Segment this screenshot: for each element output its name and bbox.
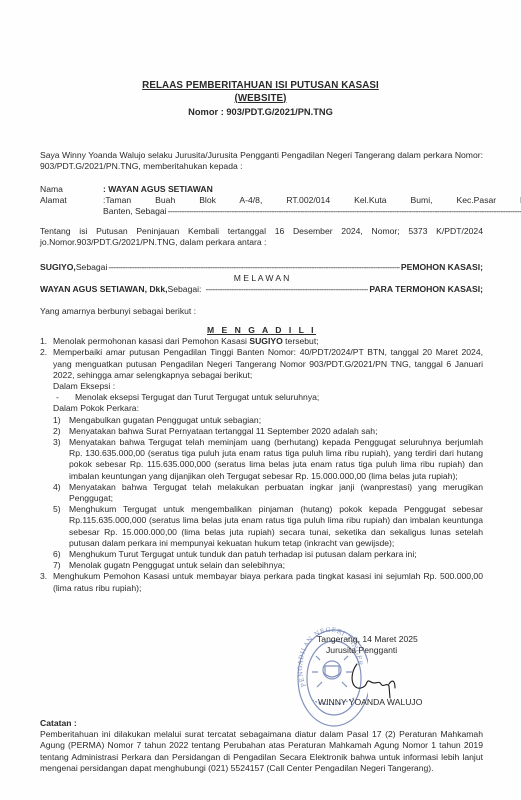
recipient-block: Nama : WAYAN AGUS SETIAWAN Alamat :Taman… bbox=[40, 184, 483, 218]
party-2-role: PARA TERMOHON KASASI; bbox=[369, 284, 483, 295]
amar-intro: Yang amarnya berbunyi sebagai berikut : bbox=[40, 306, 483, 317]
party-1: SUGIYO,Sebagai bbox=[40, 262, 107, 273]
pokok-perkara-list: 1)Mengabulkan gugatan Penggugat untuk se… bbox=[53, 415, 483, 572]
pokok-perkara-item: 7)Menolak gugatn Penggugat untuk selain … bbox=[53, 560, 483, 571]
signature-role: Jurusita Pengganti bbox=[310, 645, 460, 656]
catatan-text: Pemberitahuan ini dilakukan melalui sura… bbox=[40, 729, 483, 774]
party-2-name: WAYAN AGUS SETIAWAN, Dkk, bbox=[40, 284, 168, 294]
about-paragraph: Tentang isi Putusan Peninjauan Kembali t… bbox=[40, 226, 483, 248]
intro-paragraph: Saya Winny Yoanda Walujo selaku Jurusita… bbox=[40, 150, 483, 172]
party-name-sugiyo: SUGIYO bbox=[249, 336, 282, 346]
mengadili-heading: M E N G A D I L I bbox=[40, 325, 483, 336]
verdict-item-2: 2. Memperbaiki amar putusan Pengadilan T… bbox=[40, 347, 483, 571]
pokok-perkara-item: 1)Mengabulkan gugatan Penggugat untuk se… bbox=[53, 415, 483, 426]
party-2-row: WAYAN AGUS SETIAWAN, Dkk,Sebagai: PARA T… bbox=[40, 284, 483, 295]
eksepsi-item: -Menolak eksepsi Tergugat dan Turut Terg… bbox=[53, 392, 483, 403]
address-line-2-prefix: Banten, Sebagai bbox=[103, 206, 167, 217]
signature-place-date: Tangerang, 14 Maret 2025 bbox=[310, 634, 460, 645]
name-label: Nama bbox=[40, 184, 103, 195]
title-block: RELAAS PEMBERITAHUAN ISI PUTUSAN KASASI … bbox=[0, 80, 521, 119]
dash-leader bbox=[168, 206, 521, 217]
pokok-perkara-item: 4)Menyatakan bahwa Tergugat telah melaku… bbox=[53, 482, 483, 504]
versus-label: M E L A W A N bbox=[40, 273, 483, 284]
mengadili-section: M E N G A D I L I 1. Menolak permohonan … bbox=[40, 325, 483, 594]
pokok-perkara-item: 3)Menyatakan bahwa Tergugat telah meminj… bbox=[53, 437, 483, 482]
document-title: RELAAS PEMBERITAHUAN ISI PUTUSAN KASASI bbox=[0, 80, 521, 93]
address-line-2: Banten, Sebagai TERMOHON KASASI; bbox=[103, 206, 521, 217]
eksepsi-list: -Menolak eksepsi Tergugat dan Turut Terg… bbox=[53, 392, 483, 403]
verdict-item-3: 3. Menghukum Pemohon Kasasi untuk membay… bbox=[40, 571, 483, 593]
parties-block: SUGIYO,Sebagai PEMOHON KASASI; M E L A W… bbox=[40, 262, 483, 296]
catatan-heading: Catatan : bbox=[40, 718, 483, 729]
pokok-perkara-item: 2)Menyatakan bahwa Surat Pernyataan tert… bbox=[53, 426, 483, 437]
name-value: : WAYAN AGUS SETIAWAN bbox=[103, 184, 483, 195]
catatan-block: Catatan : Pemberitahuan ini dilakukan me… bbox=[40, 718, 483, 774]
eksepsi-heading: Dalam Eksepsi : bbox=[53, 381, 483, 392]
party-1-suffix: Sebagai bbox=[76, 262, 108, 272]
recipient-name-row: Nama : WAYAN AGUS SETIAWAN bbox=[40, 184, 483, 195]
address-label: Alamat bbox=[40, 195, 103, 217]
pokok-heading: Dalam Pokok Perkara: bbox=[53, 403, 483, 414]
dash-leader bbox=[205, 284, 368, 295]
party-1-role: PEMOHON KASASI; bbox=[401, 262, 483, 273]
pokok-perkara-item: 6)Menghukum Turut Tergugat untuk tunduk … bbox=[53, 549, 483, 560]
address-value: :Taman Buah Blok A-4/8, RT.002/014 Kel.K… bbox=[103, 195, 521, 217]
recipient-address-row: Alamat :Taman Buah Blok A-4/8, RT.002/01… bbox=[40, 195, 483, 217]
document-number: Nomor : 903/PDT.G/2021/PN.TNG bbox=[0, 106, 521, 119]
party-2: WAYAN AGUS SETIAWAN, Dkk,Sebagai: bbox=[40, 284, 201, 295]
party-1-name: SUGIYO, bbox=[40, 262, 76, 272]
verdict-list: 1. Menolak permohonan kasasi dari Pemoho… bbox=[40, 336, 483, 594]
dash-leader bbox=[108, 262, 400, 273]
party-2-suffix: Sebagai: bbox=[168, 284, 202, 294]
party-1-row: SUGIYO,Sebagai PEMOHON KASASI; bbox=[40, 262, 483, 273]
address-line-1: :Taman Buah Blok A-4/8, RT.002/014 Kel.K… bbox=[103, 195, 521, 206]
handwritten-signature-icon bbox=[345, 660, 405, 700]
pokok-perkara-item: 5)Menghukum Tergugat untuk mengembalikan… bbox=[53, 504, 483, 549]
verdict-item-1: 1. Menolak permohonan kasasi dari Pemoho… bbox=[40, 336, 483, 347]
document-page: RELAAS PEMBERITAHUAN ISI PUTUSAN KASASI … bbox=[0, 0, 521, 800]
document-subtitle: (WEBSITE) bbox=[0, 93, 521, 106]
